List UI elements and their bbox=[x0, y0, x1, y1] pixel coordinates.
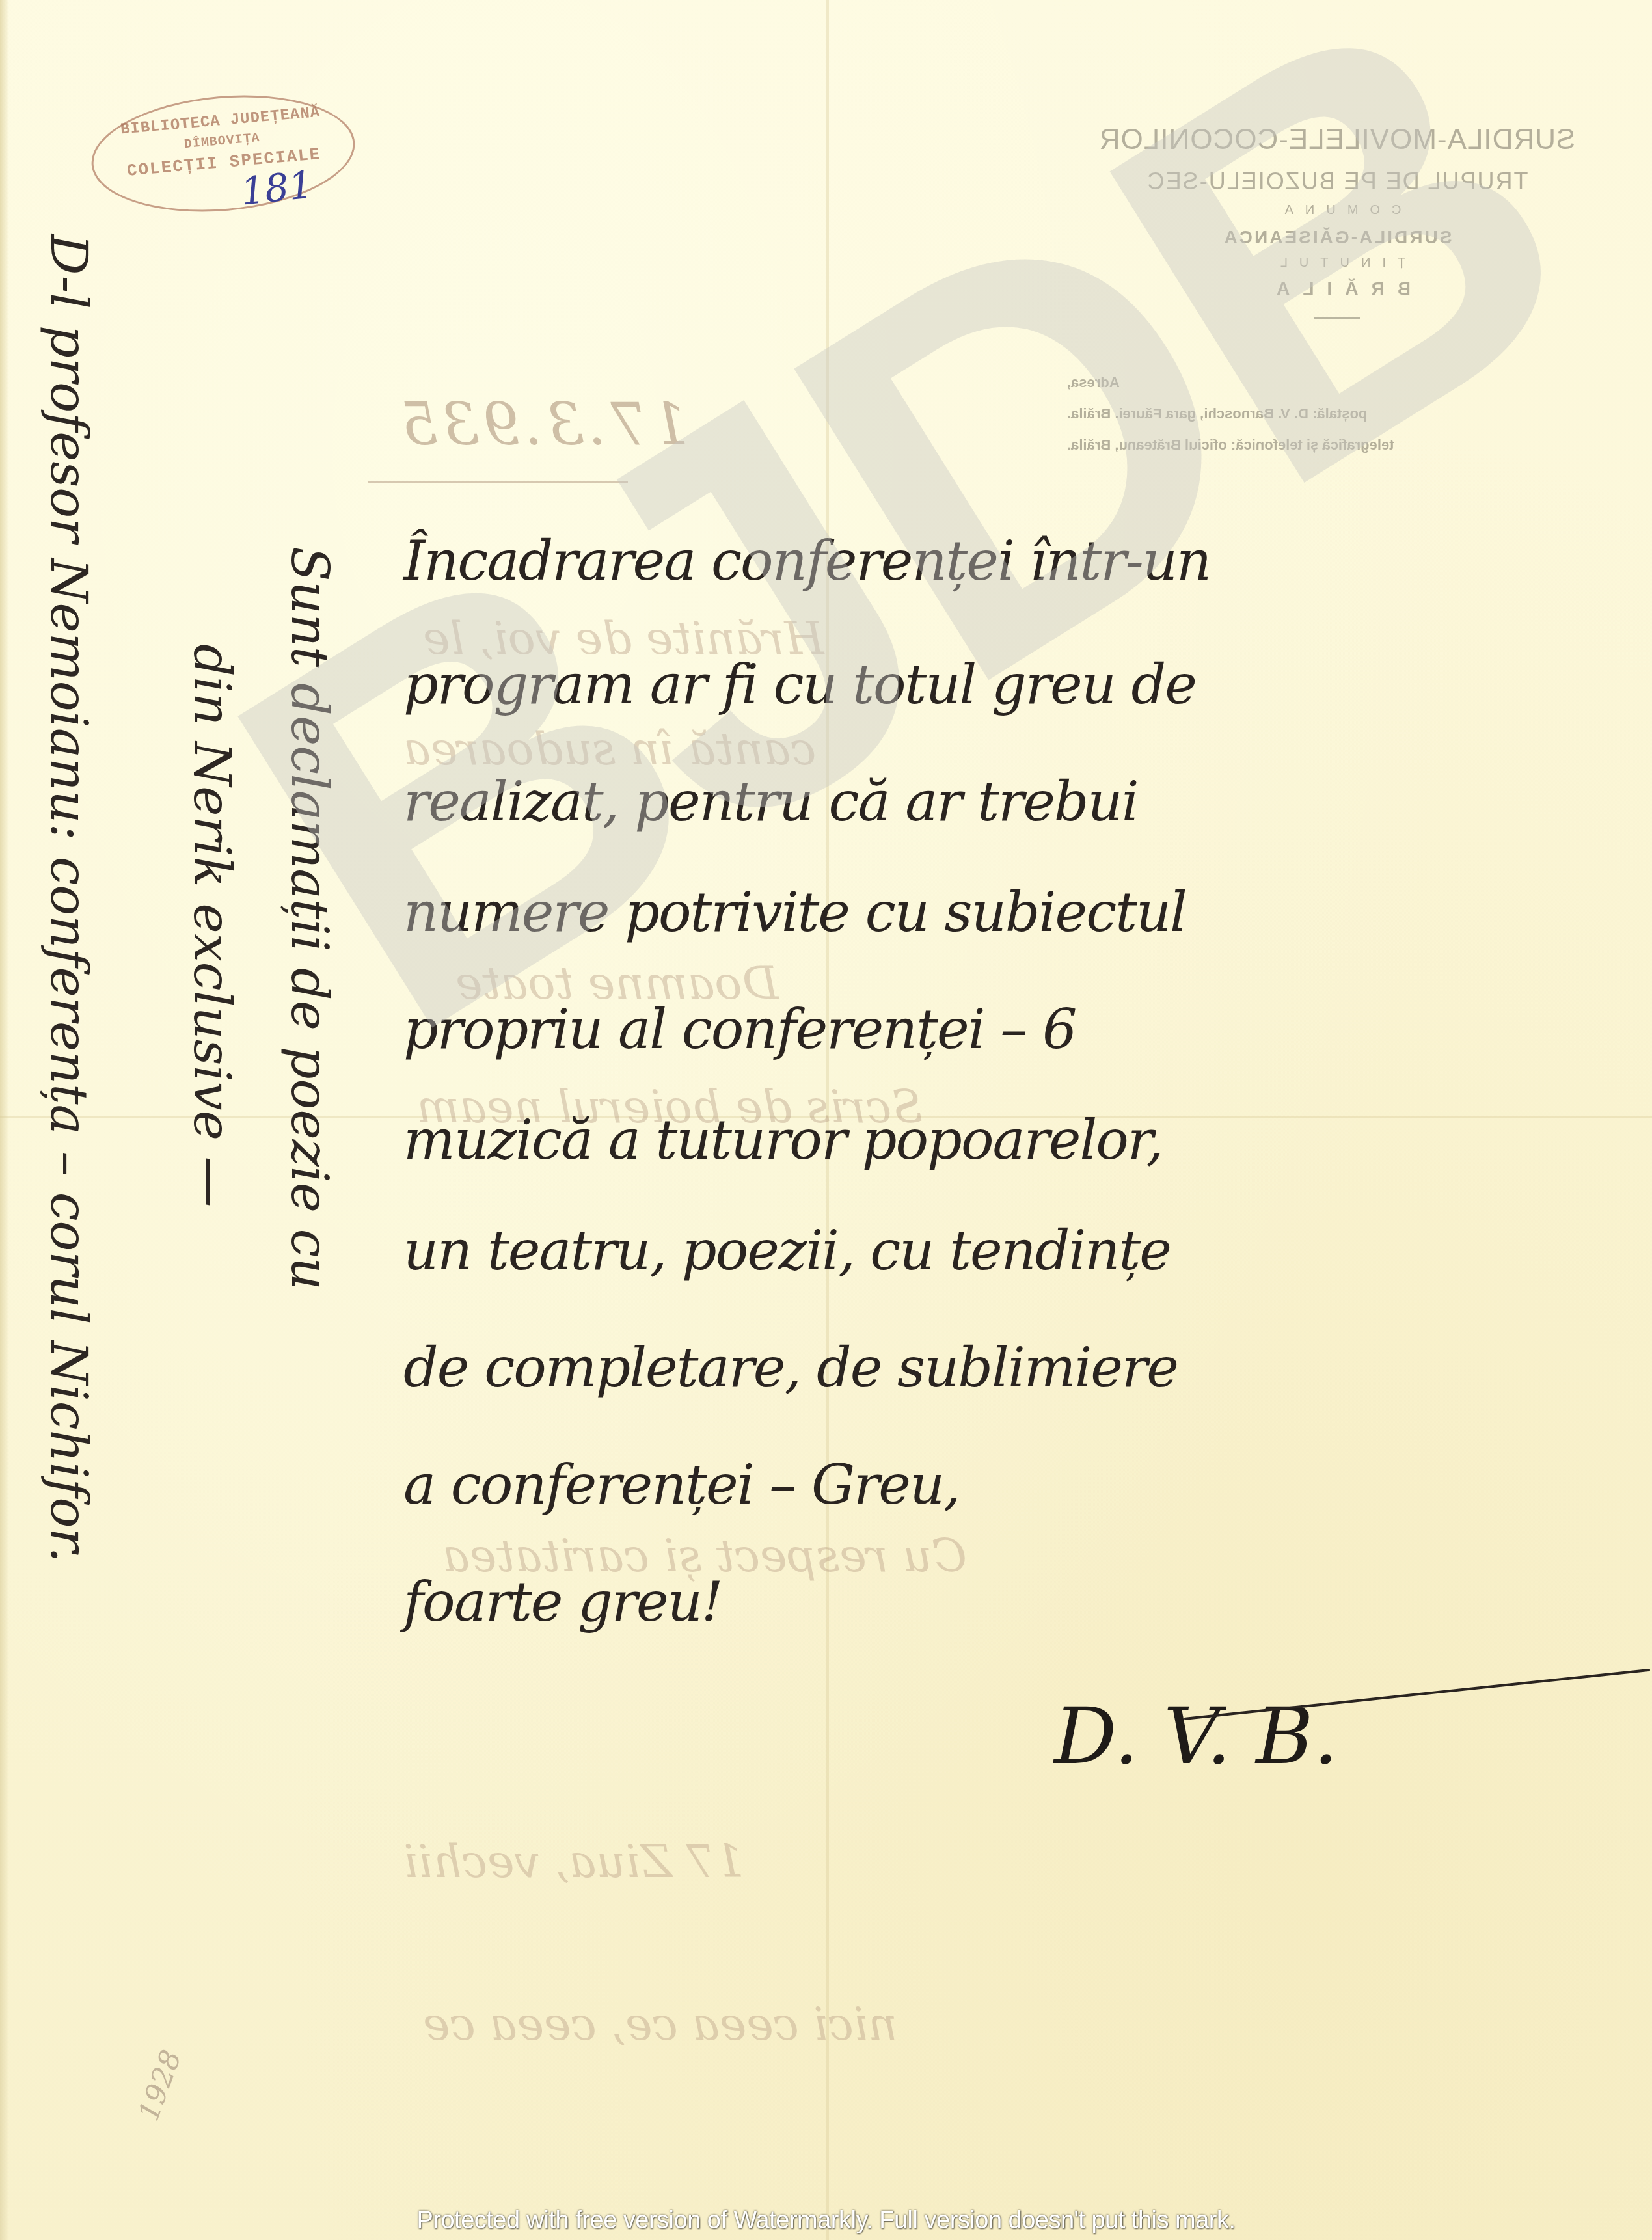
bleed-through-line: 17 Ziua, vechii bbox=[403, 1835, 744, 1888]
body-line: muzică a tuturor popoarelor, bbox=[403, 1113, 1162, 1167]
margin-note-column-3: D-l profesor Nemoianu: conferența – coru… bbox=[39, 234, 98, 1563]
body-line: foarte greu! bbox=[403, 1574, 722, 1629]
bleed-through-line: nici ceea ce, ceea ce bbox=[423, 1997, 897, 2051]
signature-initials: D. V. B. bbox=[1054, 1692, 1338, 1782]
watermark-footer-text: Protected with free version of Watermark… bbox=[0, 2207, 1652, 2235]
body-line: un teatru, poezii, cu tendințe bbox=[403, 1223, 1171, 1278]
inventory-number: 181 bbox=[239, 162, 315, 213]
paper-left-edge bbox=[0, 0, 9, 2240]
body-line: de completare, de sublimiere bbox=[403, 1340, 1178, 1395]
body-line: a conferenței – Greu, bbox=[403, 1457, 960, 1512]
